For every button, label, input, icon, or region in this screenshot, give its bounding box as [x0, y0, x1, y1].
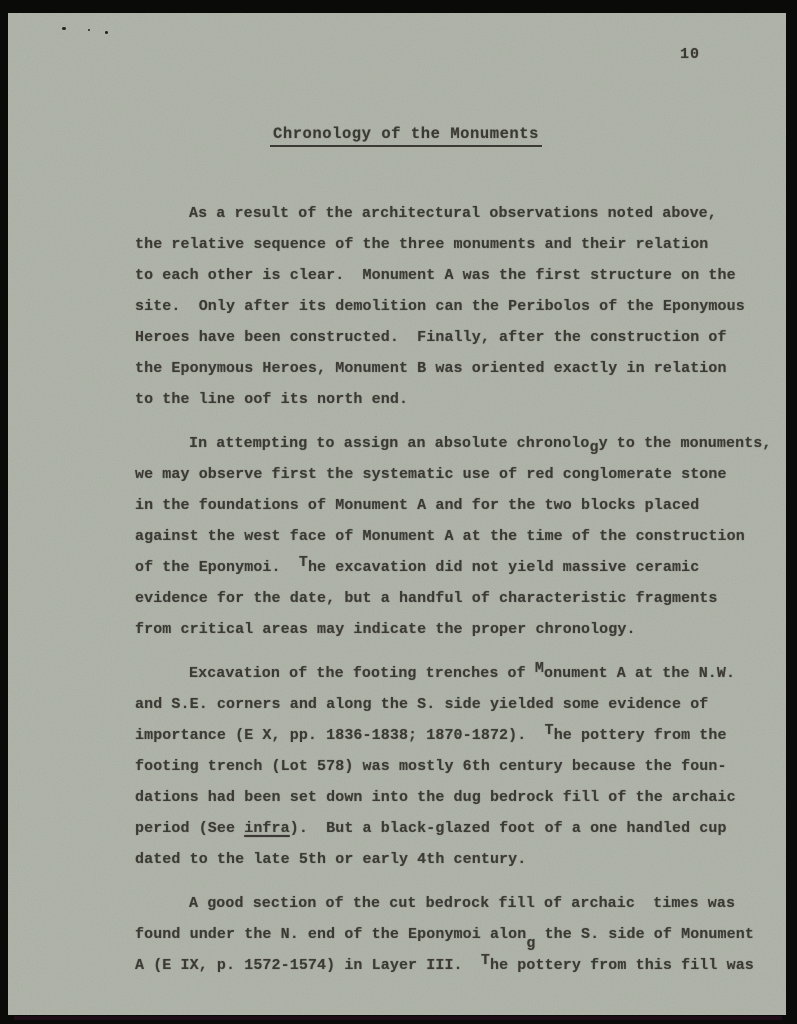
- text-run: the S. side of Monument: [535, 926, 753, 943]
- text-run: site. Only after its demolition can the …: [135, 298, 745, 315]
- text-run: As a result of the architectural observa…: [189, 205, 717, 222]
- text-run: found under the N. end of the Eponymoi a…: [135, 926, 526, 943]
- typed-line: the relative sequence of the three monum…: [135, 229, 772, 260]
- text-run: In attempting to assign an absolute chro…: [189, 435, 589, 452]
- typed-line: As a result of the architectural observa…: [135, 198, 772, 229]
- title-row: Chronology of the Monuments: [17, 125, 795, 147]
- text-run: M: [535, 660, 544, 677]
- ink-speck: [88, 29, 90, 31]
- document-page: 10 Chronology of the Monuments As a resu…: [8, 13, 786, 1015]
- text-run: footing trench (Lot 578) was mostly 6th …: [135, 758, 727, 775]
- typed-line: found under the N. end of the Eponymoi a…: [135, 919, 772, 950]
- typed-line: importance (E X, pp. 1836-1838; 1870-187…: [135, 720, 772, 751]
- text-run: T: [299, 554, 308, 571]
- text-run: onument A at the N.W.: [544, 665, 735, 682]
- text-run: he pottery from the: [554, 727, 727, 744]
- text-run: of the Eponymoi.: [135, 559, 299, 576]
- typed-line: against the west face of Monument A at t…: [135, 521, 772, 552]
- text-run: against the west face of Monument A at t…: [135, 528, 745, 545]
- text-run: the relative sequence of the three monum…: [135, 236, 708, 253]
- text-run: and S.E. corners and along the S. side y…: [135, 696, 708, 713]
- page-number: 10: [680, 46, 700, 63]
- typed-line: dated to the late 5th or early 4th centu…: [135, 844, 772, 875]
- text-run: g: [589, 439, 598, 456]
- text-run: Excavation of the footing trenches of: [189, 665, 535, 682]
- typed-line: dations had been set down into the dug b…: [135, 782, 772, 813]
- typed-line: of the Eponymoi. The excavation did not …: [135, 552, 772, 583]
- text-run: importance (E X, pp. 1836-1838; 1870-187…: [135, 727, 545, 744]
- typed-line: Excavation of the footing trenches of Mo…: [135, 658, 772, 689]
- text-run: dated to the late 5th or early 4th centu…: [135, 851, 526, 868]
- document-body: As a result of the architectural observa…: [135, 198, 772, 994]
- text-run: he excavation did not yield massive cera…: [308, 559, 699, 576]
- text-run: A (E IX, p. 1572-1574) in Layer III.: [135, 957, 481, 974]
- paragraph: Excavation of the footing trenches of Mo…: [135, 658, 772, 875]
- typed-line: to the line oof its north end.: [135, 384, 772, 415]
- text-run: to the line oof its north end.: [135, 391, 408, 408]
- text-run: Heroes have been constructed. Finally, a…: [135, 329, 727, 346]
- typed-line: the Eponymous Heroes, Monument B was ori…: [135, 353, 772, 384]
- text-run: he pottery from this fill was: [490, 957, 754, 974]
- underlined-word: infra: [244, 820, 290, 837]
- text-run: T: [545, 722, 554, 739]
- typed-line: from critical areas may indicate the pro…: [135, 614, 772, 645]
- text-run: we may observe first the systematic use …: [135, 466, 727, 483]
- typed-line: we may observe first the systematic use …: [135, 459, 772, 490]
- scan-border: 10 Chronology of the Monuments As a resu…: [0, 0, 797, 1024]
- paragraph: A good section of the cut bedrock fill o…: [135, 888, 772, 981]
- text-run: g: [526, 935, 535, 952]
- text-run: in the foundations of Monument A and for…: [135, 497, 699, 514]
- typed-line: In attempting to assign an absolute chro…: [135, 428, 772, 459]
- text-run: T: [481, 952, 490, 969]
- text-run: A good section of the cut bedrock fill o…: [189, 895, 735, 912]
- typed-line: evidence for the date, but a handful of …: [135, 583, 772, 614]
- typed-line: A (E IX, p. 1572-1574) in Layer III. The…: [135, 950, 772, 981]
- typed-line: Heroes have been constructed. Finally, a…: [135, 322, 772, 353]
- typed-line: period (See infra). But a black-glazed f…: [135, 813, 772, 844]
- text-run: y to the monuments,: [599, 435, 772, 452]
- paragraph: As a result of the architectural observa…: [135, 198, 772, 415]
- ink-speck: [105, 31, 108, 34]
- text-run: the Eponymous Heroes, Monument B was ori…: [135, 360, 727, 377]
- typed-line: and S.E. corners and along the S. side y…: [135, 689, 772, 720]
- typed-line: A good section of the cut bedrock fill o…: [135, 888, 772, 919]
- typed-line: to each other is clear. Monument A was t…: [135, 260, 772, 291]
- text-run: dations had been set down into the dug b…: [135, 789, 736, 806]
- typed-line: footing trench (Lot 578) was mostly 6th …: [135, 751, 772, 782]
- ink-speck: [62, 27, 66, 30]
- text-run: ). But a black-glazed foot of a one hand…: [290, 820, 727, 837]
- typed-line: in the foundations of Monument A and for…: [135, 490, 772, 521]
- text-run: evidence for the date, but a handful of …: [135, 590, 718, 607]
- document-title: Chronology of the Monuments: [270, 125, 542, 147]
- text-run: to each other is clear. Monument A was t…: [135, 267, 736, 284]
- paragraph: In attempting to assign an absolute chro…: [135, 428, 772, 645]
- text-run: period (See: [135, 820, 244, 837]
- typed-line: site. Only after its demolition can the …: [135, 291, 772, 322]
- text-run: from critical areas may indicate the pro…: [135, 621, 636, 638]
